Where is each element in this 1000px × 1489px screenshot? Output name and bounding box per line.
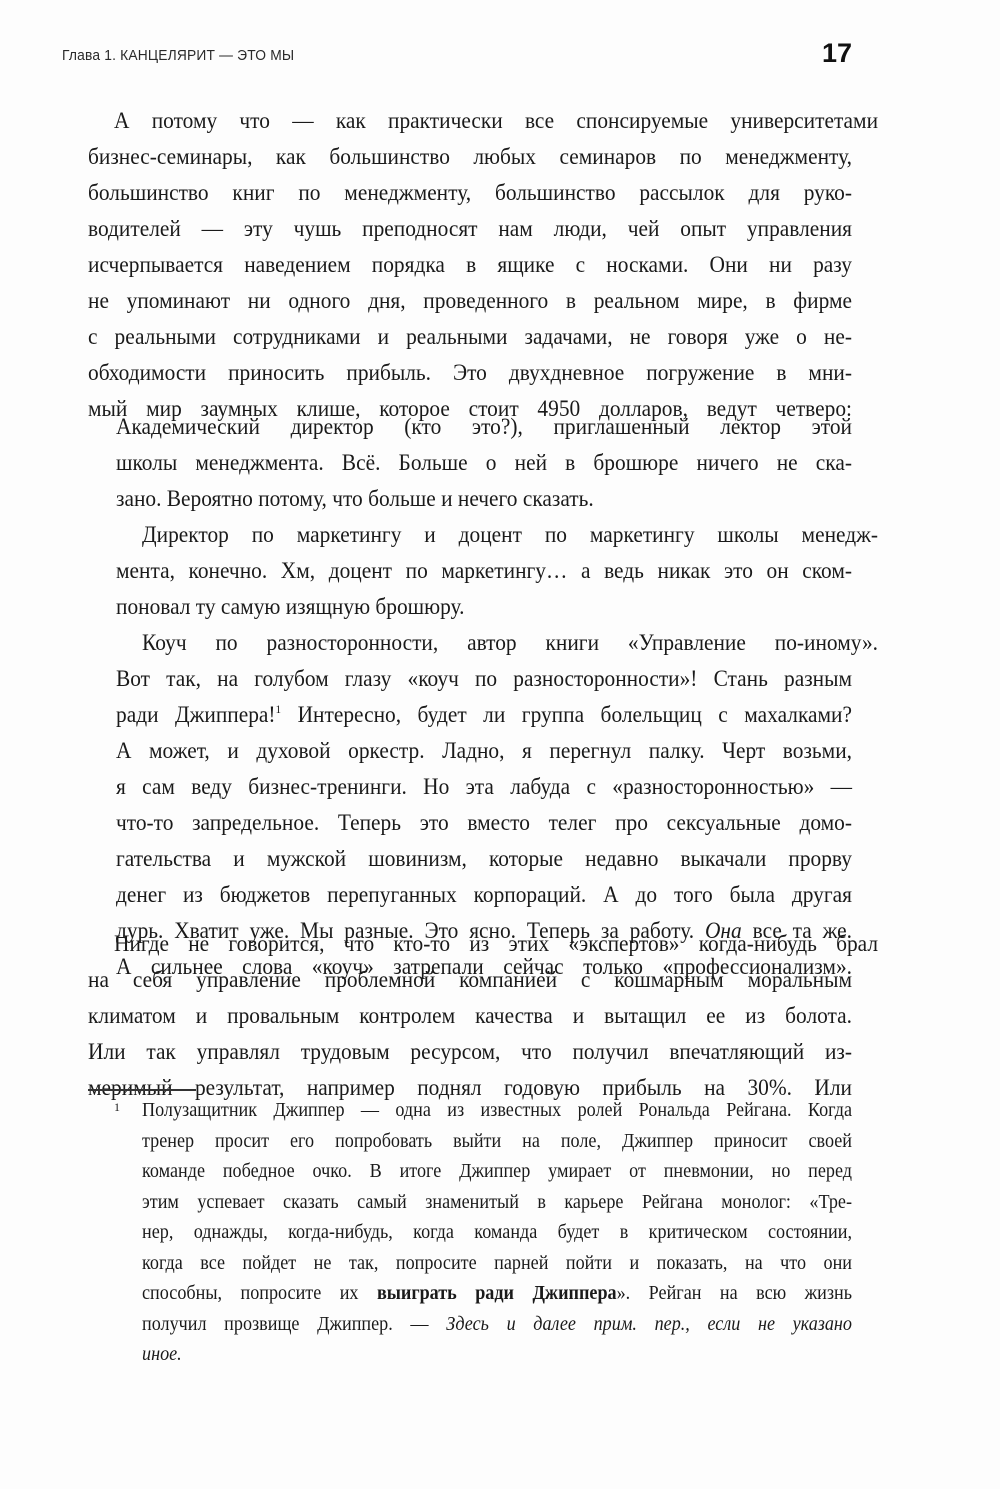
text-line: мента, конечно. Хм, доцент по маркетингу… [116,553,852,589]
text-line: водителей — эту чушь преподносят нам люд… [88,211,852,247]
paragraph-intro: А потому что — как практически все спонс… [88,103,852,427]
text-line: нер, однажды, когда-нибудь, когда команд… [142,1218,852,1249]
running-head: Глава 1. КАНЦЕЛЯРИТ — ЭТО МЫ [62,47,294,64]
text-fragment: способны, попросите их [142,1283,377,1304]
text-line: Или так управлял трудовым ресурсом, что … [88,1034,852,1070]
text-line: Полузащитник Джиппер — одна из известных… [142,1096,852,1127]
text-line: климатом и провальным контролем качества… [88,998,852,1034]
footnote-body: Полузащитник Джиппер — одна из известных… [142,1096,852,1371]
text-line: Вот так, на голубом глазу «коуч по разно… [116,661,852,697]
text-line: зано. Вероятно потому, что больше и нече… [116,481,852,517]
text-line: большинство книг по менеджменту, большин… [88,175,852,211]
text-line: ради Джиппера!1 Интересно, будет ли груп… [116,697,852,733]
text-line: что-то запредельное. Теперь это вместо т… [116,805,852,841]
text-line: способны, попросите их выиграть ради Джи… [142,1279,852,1310]
bold-text: выиграть ради Джиппера [377,1283,617,1304]
text-line: обходимости приносить прибыль. Это двухд… [88,355,852,391]
page-number: 17 [822,38,852,69]
text-fragment: ». Рейган на всю жизнь [617,1283,852,1304]
text-line: Коуч по разносторонности, автор книги «У… [116,625,878,661]
text-line: гательства и мужской шовинизм, которые н… [116,841,852,877]
quote-item-academic-director: Академический директор (кто это?), пригл… [116,409,852,517]
paragraph-experts: Нигде не говорится, что кто-то из этих «… [88,926,852,1106]
footnote-number: 1 [114,1100,120,1115]
text-line: не упоминают ни одного дня, проведенного… [88,283,852,319]
text-line: бизнес-семинары, как большинство любых с… [88,139,852,175]
text-line: денег из бюджетов перепуганных корпораци… [116,877,852,913]
footnote-divider [88,1089,196,1091]
text-line: получил прозвище Джиппер. — Здесь и дале… [142,1310,852,1341]
text-fragment: ради Джиппера! [116,702,276,727]
emphasis-text: иное. [142,1344,182,1365]
text-line: А потому что — как практически все спонс… [88,103,878,139]
text-line: А может, и духовой оркестр. Ладно, я пер… [116,733,852,769]
text-line: исчерпывается наведением порядка в ящике… [88,247,852,283]
text-fragment: Интересно, будет ли группа болельщиц с м… [281,702,852,727]
emphasis-text: Здесь и далее прим. пер., если не указан… [446,1314,852,1335]
text-line: я сам веду бизнес-тренинги. Но эта лабуд… [116,769,852,805]
text-line: школы менеджмента. Всё. Больше о ней в б… [116,445,852,481]
book-page: Глава 1. КАНЦЕЛЯРИТ — ЭТО МЫ 17 А потому… [0,0,1000,1489]
text-line: на себя управление проблемной компанией … [88,962,852,998]
text-line: этим успевает сказать самый знаменитый в… [142,1188,852,1219]
block-quote: Академический директор (кто это?), пригл… [116,409,852,985]
quote-item-marketing-director: Директор по маркетингу и доцент по марке… [116,517,852,625]
text-line: Академический директор (кто это?), пригл… [116,409,852,445]
text-line: тренер просит его попробовать выйти на п… [142,1127,852,1158]
text-fragment: получил прозвище Джиппер. — [142,1314,446,1335]
text-line: когда все пойдет не так, попросите парне… [142,1249,852,1280]
text-line: Нигде не говорится, что кто-то из этих «… [88,926,878,962]
text-line: иное. [142,1340,852,1371]
text-line: Директор по маркетингу и доцент по марке… [116,517,878,553]
text-line: поновал ту самую изящную брошюру. [116,589,852,625]
text-line: команде победное очко. В итоге Джиппер у… [142,1157,852,1188]
text-line: с реальными сотрудниками и реальными зад… [88,319,852,355]
